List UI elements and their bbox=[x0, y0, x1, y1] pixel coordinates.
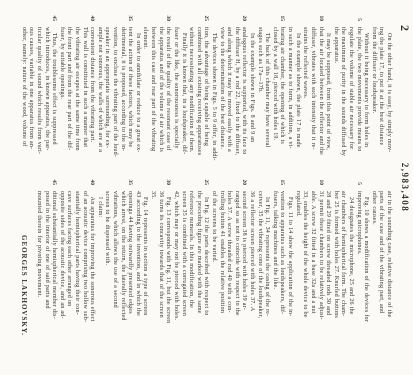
line-number: 20 bbox=[240, 6, 248, 21]
text-line: In Fig. 12 the parts described with resp… bbox=[202, 191, 210, 354]
text-line: in such a manner as to form, in addition… bbox=[285, 27, 293, 180]
text-line: the result of the quality of the resonan… bbox=[164, 27, 172, 180]
text-line: other, namely: nature of the wood, volum… bbox=[19, 27, 27, 180]
text-line: view to the determination of the best di… bbox=[217, 27, 225, 180]
text-line: combined with all existing receiving app… bbox=[194, 27, 202, 180]
gutter-line-numbers: 51015202530354045 bbox=[34, 170, 392, 185]
text-line: second screen 38 is pierced with holes 3… bbox=[240, 191, 248, 354]
line-number: 15 bbox=[278, 170, 286, 185]
text-line: the preceding figure are marked with the… bbox=[194, 191, 202, 354]
line-number: 35 bbox=[126, 170, 134, 185]
left-column: On the other hand, it is easy, by simply… bbox=[19, 27, 392, 180]
line-number: 40 bbox=[88, 6, 96, 21]
text-line: opposite sides of the acoustic device, a… bbox=[57, 191, 65, 354]
text-line: Thus, the troublesome effect is suppress… bbox=[50, 27, 58, 180]
text-line: able. A screw 32 fitted in a base 32a an… bbox=[308, 191, 316, 354]
text-line: ing the plate 17, to put it at the best … bbox=[377, 27, 385, 180]
text-line: ample not sonorous, the walls of which a… bbox=[95, 27, 103, 180]
text-line: of the screens to be varied. bbox=[209, 191, 217, 354]
text-line: 36 a reflector screen pierced with holes… bbox=[247, 191, 255, 354]
text-line: 24 designates the microphone, 25 and 26 … bbox=[346, 191, 354, 354]
line-number: 10 bbox=[316, 170, 324, 185]
line-number: 35 bbox=[126, 6, 134, 21]
text-line: between this case and rear part of the v… bbox=[149, 27, 157, 180]
text-line: I claim: bbox=[95, 191, 103, 354]
text-line: tion, the advantage of being capable of … bbox=[202, 27, 210, 180]
text-line: 31 permit these chambers to be relativel… bbox=[316, 191, 324, 354]
text-line: which introduces, in known apparatus, th… bbox=[42, 27, 50, 180]
scanned-page-viewport: 2 2,983,408 51015202530354045 On the oth… bbox=[0, 0, 413, 375]
text-line: vention to apparatus such as loudspeaker… bbox=[278, 191, 286, 354]
text-line: screen to be dispensed with. bbox=[103, 191, 111, 354]
line-number: 15 bbox=[278, 6, 286, 21]
right-column: air in the sounding case, relative dista… bbox=[34, 191, 392, 354]
text-line: In the example shown, the plate 17 is ma… bbox=[293, 27, 301, 180]
text-line: On the other hand, it is easy, by simply… bbox=[384, 27, 392, 180]
text-line: Fig. 10 shows a modification of the devi… bbox=[362, 191, 370, 354]
text-line: cave surfaces facing each other arranged… bbox=[65, 191, 73, 354]
text-line: In the example shown in Figs. 8 and 9 an bbox=[247, 27, 255, 180]
line-number: 45 bbox=[50, 6, 58, 21]
text-line: In order to annihilate or reduce to a gr… bbox=[133, 27, 141, 180]
text-line: ber 25 is formed with holes 27. Knurled … bbox=[331, 191, 339, 354]
text-line: mounted therein for pivoting movement. bbox=[34, 191, 42, 354]
text-line: other causes. bbox=[369, 191, 377, 354]
patent-page: 2 2,983,408 51015202530354045 On the oth… bbox=[0, 0, 413, 375]
text-line: Finally it is known that, in a loudspeak… bbox=[179, 27, 187, 180]
text-line: The devices shown in Figs. 5 to 9 offer,… bbox=[209, 27, 217, 180]
text-line: vention, to enclose the vibrating part o… bbox=[110, 27, 118, 180]
text-line: convenient distance from the vibrating p… bbox=[88, 27, 96, 180]
text-line: trolling button 41 enables the relative … bbox=[217, 191, 225, 354]
text-line: air chambers of hemispherical form. The … bbox=[339, 191, 347, 354]
text-line: diffuser, vibrates with such intensity t… bbox=[308, 27, 316, 180]
text-line: 43 according to the invention, and in wh… bbox=[133, 191, 141, 354]
text-line: Figs. 11 to 14 show the application of t… bbox=[285, 191, 293, 354]
text-line: improving microphones. bbox=[354, 191, 362, 354]
text-line: of an acoustic device comprising two hol… bbox=[80, 191, 88, 354]
text-line: stantially hemispherical parts having th… bbox=[72, 191, 80, 354]
text-line: the apparatus and of the volume of air w… bbox=[156, 27, 164, 180]
text-line: element. bbox=[141, 27, 149, 180]
text-line: the maximum of purity in the sounds diff… bbox=[339, 27, 347, 180]
inventor-signature: GEORGES LAKHOVSKY. bbox=[20, 191, 28, 354]
text-line: tent the action of these factors, which … bbox=[126, 27, 134, 180]
text-line: analogous reflector is supported, with i… bbox=[240, 27, 248, 180]
text-line: strains the reflected waves. bbox=[301, 27, 309, 180]
text-line: ceiver, 35 the vibrating cone of the lou… bbox=[255, 191, 263, 354]
line-number: 25 bbox=[202, 170, 210, 185]
patent-number: 2,983,408 bbox=[400, 0, 410, 375]
text-line: fuser or the like, the sonorousness is s… bbox=[171, 27, 179, 180]
text-line: 36 turns its concavity towards that of t… bbox=[156, 191, 164, 354]
text-line: 33, enables the height of the whole devi… bbox=[301, 191, 309, 354]
text-line: It may be supposed, from this point of v… bbox=[324, 27, 332, 180]
text-line: This wall is constituted in such a manne… bbox=[80, 27, 88, 180]
text-line: vibrations, which allows the use of a se… bbox=[110, 191, 118, 354]
text-line: screen 35 is combined with a corrugated … bbox=[179, 191, 187, 354]
text-line: The back of this chamber may have severa… bbox=[263, 27, 271, 180]
line-number: 45 bbox=[50, 170, 58, 185]
text-line: Without it being necessary to form holes… bbox=[362, 27, 370, 180]
text-line: detrimental, it is proposed, according t… bbox=[118, 27, 126, 180]
text-line: regulate the volume of stable air necess… bbox=[346, 27, 354, 180]
text-line: ous causes, variable in one apparatus fr… bbox=[27, 27, 35, 180]
text-line: parts of the case and of the vibrating p… bbox=[377, 191, 385, 354]
text-line: speaker in an appropriate surrounding, f… bbox=[103, 27, 111, 180]
text-line: ditional substantially hemispherical mem… bbox=[50, 191, 58, 354]
text-line: stages such as 17a—17b. bbox=[255, 27, 263, 180]
text-line: reference numerals. In this modification… bbox=[187, 191, 195, 354]
text-line: 35. bbox=[149, 191, 157, 354]
text-line: 42, which may or may not be pierced with… bbox=[171, 191, 179, 354]
line-number: 5 bbox=[354, 170, 362, 185]
text-line: without necessitating any modification o… bbox=[187, 27, 195, 180]
text-line: ranged so as not to coincide with respec… bbox=[232, 191, 240, 354]
line-number: 20 bbox=[240, 170, 248, 185]
line-number: 30 bbox=[164, 170, 172, 185]
text-line: In Fig. 11, 34 represents the casing of … bbox=[263, 191, 271, 354]
text-line: that the air located between the reflect… bbox=[316, 27, 324, 180]
text-line: from the diffuser or loudspeaker. bbox=[369, 27, 377, 180]
line-number: 10 bbox=[316, 6, 324, 21]
line-number: 30 bbox=[164, 6, 172, 21]
line-number: 40 bbox=[88, 170, 96, 185]
line-number: 5 bbox=[354, 6, 362, 21]
text-line: and along which it may be moved easily w… bbox=[225, 27, 233, 180]
text-line: posed in the interior of one of said par… bbox=[42, 191, 50, 354]
text-line: the apparatus. bbox=[331, 27, 339, 180]
text-line: the front part and from the rear part of… bbox=[65, 27, 73, 180]
text-line: brating air chamber, the opening of whic… bbox=[278, 27, 286, 180]
text-line: air in the sounding case, relative dista… bbox=[384, 191, 392, 354]
text-line: Fig. 13 corresponds with Fig. 11, but th… bbox=[164, 191, 172, 354]
text-line: the plate, the two movements provide mea… bbox=[354, 27, 362, 180]
text-line: holes 37. A screw threaded rod 40 with a… bbox=[225, 191, 233, 354]
text-line: closed by a wall 18, pierced with holes … bbox=[270, 27, 278, 180]
text-line: fuser, by suitable openings. bbox=[57, 27, 65, 180]
text-line: regulated. bbox=[293, 191, 301, 354]
line-number: 25 bbox=[202, 6, 210, 21]
text-line: openings 44 having outwardly presented e… bbox=[126, 191, 134, 354]
text-line: An apparatus for improving the sonorous … bbox=[88, 191, 96, 354]
text-line: the vibrating air escapes at the same ti… bbox=[72, 27, 80, 180]
text-line: fusers, talking machines and the like. bbox=[270, 191, 278, 354]
text-line: ticular quality of sound which results f… bbox=[34, 27, 42, 180]
text-line: which arrest, on the return, the lateral… bbox=[118, 191, 126, 354]
left-margin-line-numbers: 51015202530354045 bbox=[19, 6, 392, 21]
text-line: Fig. 14 represents in section a type of … bbox=[141, 191, 149, 354]
text-line: the diffuser H, by a rod 22, fixed to th… bbox=[232, 27, 240, 180]
text-line: 28 and 29 fitted on screw threaded rods … bbox=[324, 191, 332, 354]
